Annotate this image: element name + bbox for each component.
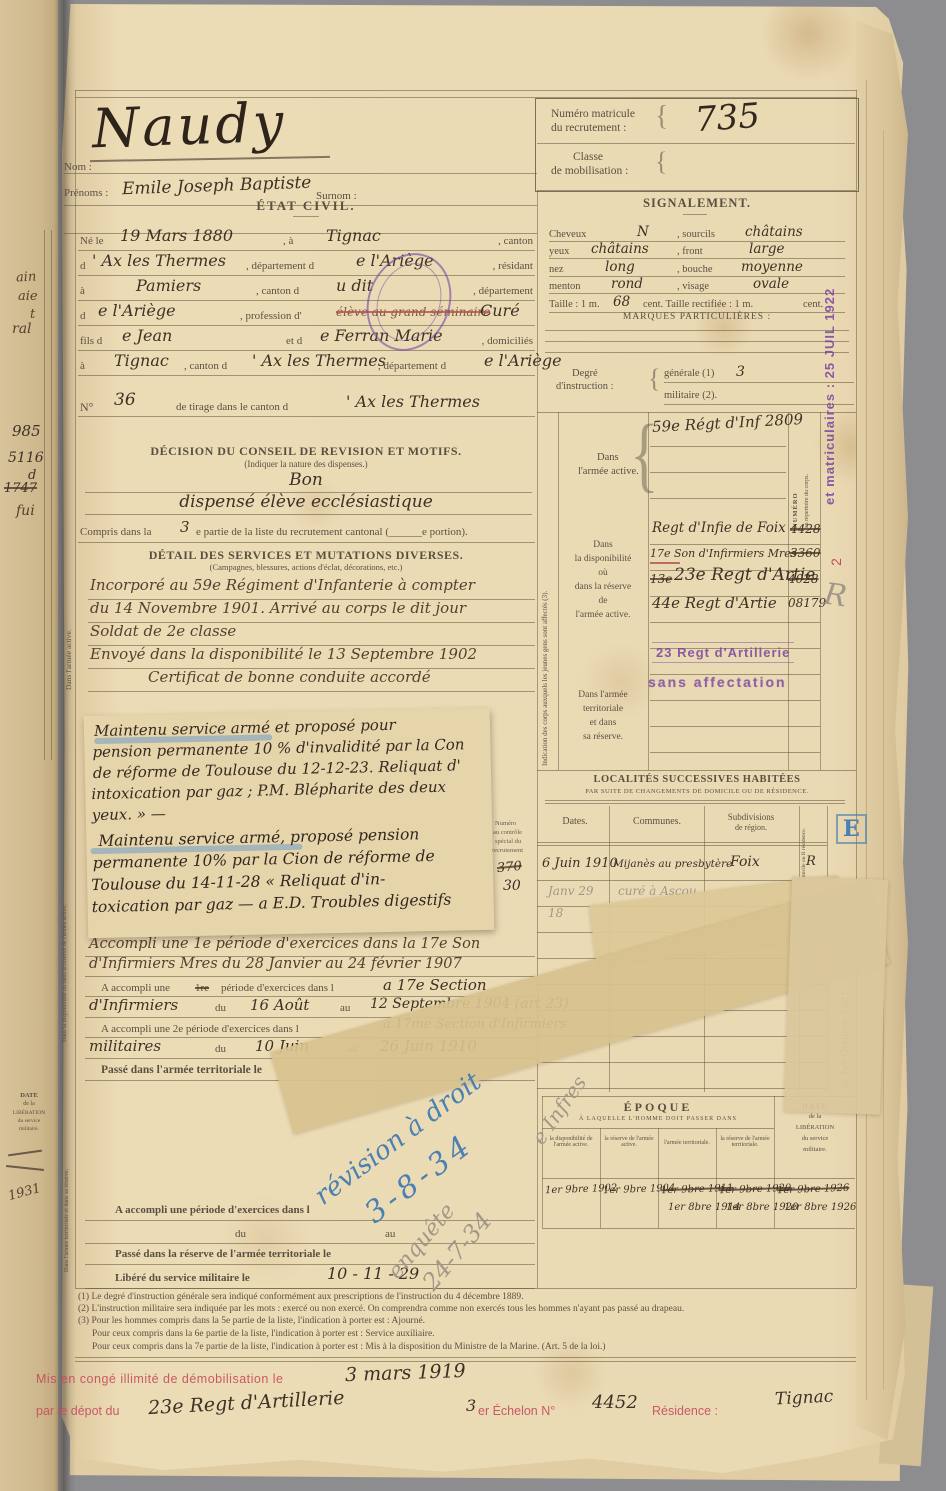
localite-commune: Mijanès au presbytère	[613, 858, 732, 870]
dispo-unit: 17e Son d'Infirmiers Mres	[650, 547, 796, 560]
rule	[650, 752, 820, 753]
localite-extra-pencil: 18	[548, 906, 563, 920]
service-entry: Envoyé dans la disponibilité le 13 Septe…	[88, 645, 535, 669]
dispo-label: de	[558, 596, 648, 606]
print-label: Né le	[80, 235, 104, 247]
note-text: toxication par gaz — a E.D. Troubles dig…	[92, 891, 452, 917]
print-label: , résidant	[493, 260, 533, 272]
demob-residence-label: Résidence :	[652, 1404, 718, 1418]
localites-title: LOCALITÉS SUCCESSIVES HABITÉES	[557, 774, 837, 785]
print-label: période d'exercices dans l	[221, 982, 334, 994]
localite-dr: R	[806, 854, 816, 869]
pasted-medical-note: Maintenu service armé et proposé pour pe…	[84, 708, 495, 938]
note-text: Maintenu service armé, proposé pension	[98, 825, 419, 850]
localite-date: 6 Juin 1910	[542, 856, 618, 871]
rule	[75, 1361, 856, 1362]
controle-number: 30	[503, 878, 521, 894]
birth-place: Tignac	[326, 226, 381, 245]
demob-echelon-label: er Échelon N°	[478, 1404, 555, 1418]
dispo-unit-pre: 13e	[650, 572, 672, 586]
service-text: Certificat de bonne conduite accordé	[148, 668, 431, 686]
demob-residence-value: Tignac	[775, 1386, 834, 1409]
print-label: e partie de la liste du recrutement cant…	[196, 526, 468, 538]
taille-row: Taille : 1 m. 68 cent. Taille rectifiée …	[549, 294, 845, 313]
date-liberation-header: du service	[776, 1135, 854, 1142]
tirage-text: de tirage dans le canton d	[176, 401, 288, 413]
date-liberation-header: militaire.	[776, 1146, 854, 1153]
page-crease	[883, 130, 884, 1390]
surname-label: Nom :	[64, 161, 92, 173]
print-label: , à	[283, 235, 293, 247]
service-entry: Soldat de 2e classe	[88, 622, 535, 646]
print-label: d	[80, 260, 86, 272]
print-label: du	[235, 1228, 246, 1240]
etat-civil-line: à Pamiers , canton d u dit , département	[78, 276, 535, 301]
print-label: d	[80, 310, 86, 322]
sliver-fragment: aie	[18, 289, 38, 304]
services-title: DÉTAIL DES SERVICES ET MUTATIONS DIVERSE…	[75, 548, 537, 563]
rule	[650, 544, 820, 545]
sliver-date-header: DATE	[8, 1092, 50, 1099]
terr-label: et dans	[558, 718, 648, 728]
corps-active-label: Dans	[597, 452, 619, 463]
brace-glyph: {	[655, 101, 668, 133]
parents-departement: e l'Ariège	[484, 351, 562, 370]
print-label: nez	[549, 264, 564, 275]
periode-line: Accompli une 1e période d'exercices dans…	[85, 936, 535, 957]
print-label: , département	[473, 285, 533, 297]
parents-domicile: Tignac	[114, 351, 169, 370]
rule	[537, 845, 827, 846]
demob-stamp-line1: Mis en congé illimité de démobilisation …	[36, 1372, 284, 1386]
rule	[545, 341, 849, 342]
eyes-value: châtains	[591, 241, 649, 257]
print-label: A accompli une	[101, 982, 170, 994]
print-label: du	[215, 1043, 226, 1055]
rule	[650, 622, 820, 623]
tirage-no-label: N°	[80, 400, 93, 415]
periode-unit: d'Infirmiers	[89, 996, 178, 1014]
demob-echelon-number-prefix: 3	[466, 1396, 476, 1415]
signalement-row: menton rond , visage ovale	[549, 276, 845, 294]
liste-part: 3	[180, 518, 190, 536]
decision-mention: Bon	[75, 470, 537, 490]
etat-civil-line: d e l'Ariège , profession d' élève au gr…	[78, 301, 535, 326]
periode-date: 16 Août	[250, 996, 309, 1014]
terr-label: Dans l'armée	[558, 690, 648, 700]
rule	[44, 230, 45, 760]
sidebar-territoriale-label: Dans l'armée territoriale et dans sa rés…	[64, 1092, 78, 1272]
print-label: Cheveux	[549, 229, 586, 240]
sliver-date-header: militaire.	[8, 1126, 50, 1132]
chin-value: rond	[611, 276, 643, 292]
print-label: Libéré du service militaire le	[115, 1272, 250, 1284]
service-text: Incorporé au 59e Régiment d'Infanterie à…	[90, 576, 475, 594]
residence-canton: u dit	[336, 276, 373, 295]
rule	[537, 143, 855, 144]
sliver-date-header: LIBÉRATION	[8, 1110, 50, 1116]
rule	[650, 446, 786, 447]
decision-subtitle: (Indiquer la nature des dispenses.)	[75, 459, 537, 469]
forehead-value: large	[749, 241, 784, 257]
red-underline	[650, 562, 680, 564]
etat-civil-line: Né le 19 Mars 1880 , à Tignac , canton	[78, 226, 535, 251]
print-label: à	[80, 285, 85, 297]
signalement-row: yeux châtains , front large	[549, 241, 845, 259]
epoque-value-corrected: 1er 8bre 1926	[784, 1202, 856, 1213]
tirage-line: N° 36 de tirage dans le canton d ' Ax le…	[78, 390, 535, 417]
sliver-date-header: du service	[8, 1118, 50, 1124]
residence-departement: e l'Ariège	[98, 301, 176, 320]
tirage-number: 36	[114, 390, 136, 410]
rule	[545, 352, 849, 353]
periode-text: d'Infirmiers Mres du 28 Janvier au 24 fé…	[89, 956, 462, 972]
struck-label: 1re	[195, 982, 209, 994]
dispo-label: où	[558, 568, 648, 578]
footnote: (2) L'instruction militaire sera indiqué…	[78, 1304, 684, 1314]
service-text: Envoyé dans la disponibilité le 13 Septe…	[90, 645, 477, 663]
dispo-label: la disponibilité	[558, 554, 648, 564]
rule	[537, 1062, 827, 1063]
sidebar-armee-active-label: Dans l'armée active.	[64, 560, 78, 690]
scanned-military-register-page: ain aie t ral 985 5116 d 1747 fui DATE d…	[0, 0, 946, 1491]
rule	[545, 800, 845, 801]
marques-title: MARQUES PARTICULIÈRES :	[537, 312, 857, 322]
face-value: ovale	[753, 276, 789, 292]
etat-civil-title: ÉTAT CIVIL.	[75, 198, 537, 214]
tirage-canton: ' Ax les Thermes	[346, 392, 480, 411]
eyebrows-value: châtains	[745, 224, 803, 240]
sliver-fragment: fui	[16, 503, 35, 519]
col-communes: Communes.	[612, 816, 702, 827]
print-label: , département d	[246, 260, 314, 272]
controle-number-struck: 370	[496, 859, 522, 876]
controle-header: spécial du	[495, 838, 521, 845]
demob-date: 3 mars 1919	[345, 1360, 466, 1386]
rule	[537, 842, 827, 843]
service-text: du 14 Novembre 1901. Arrivé au corps le …	[90, 599, 466, 617]
decision-compris-line: Compris dans la 3 e partie de la liste d…	[78, 516, 535, 543]
col-subdivisions: de région.	[706, 823, 796, 832]
footnote: Pour ceux compris dans la 6e partie de l…	[92, 1329, 435, 1339]
rule	[75, 1357, 856, 1358]
sliver-date-header: de la	[8, 1101, 50, 1107]
print-label: , domiciliés	[482, 335, 533, 347]
parents-canton: ' Ax les Thermes	[252, 351, 386, 370]
service-entry: Certificat de bonne conduite accordé	[88, 668, 535, 692]
father-name: e Jean	[122, 326, 172, 345]
print-label: Compris dans la	[80, 526, 152, 538]
height-value: 68	[613, 294, 630, 310]
sliver-number: 1747	[4, 481, 37, 496]
rule	[537, 770, 856, 771]
dispo-label: Dans	[558, 540, 648, 550]
localite-date-pencil: Janv 29	[548, 884, 594, 898]
dispo-unit: 44e Regt d'Artie	[652, 594, 777, 612]
matricule-label: du recrutement :	[551, 122, 626, 134]
corps-side-label: Indication des corps auxquels les jeunes…	[541, 446, 557, 766]
dispo-label: dans la réserve	[558, 582, 648, 592]
dispo-unit: Regt d'Infie de Foix	[652, 520, 786, 536]
date-stamp-25-juil-1922: et matriculaires : 25 JUIL 1922	[822, 225, 844, 505]
previous-page-sliver	[0, 0, 58, 1491]
print-label: , sourcils	[677, 229, 715, 240]
footnote: (3) Pour les hommes compris dans la 5e p…	[78, 1316, 425, 1326]
rule	[51, 230, 52, 760]
etat-civil-line: d ' Ax les Thermes , département d e l'A…	[78, 251, 535, 276]
decision-title: DÉCISION DU CONSEIL DE REVISION ET MOTIF…	[75, 444, 537, 459]
residence: Pamiers	[136, 276, 201, 295]
controle-header: au contrôle	[493, 829, 522, 836]
numero-repertoire-label: NUMÉRO	[792, 418, 803, 528]
sliver-number: 5116	[8, 450, 44, 466]
periode-unit: a 17e Section	[383, 976, 487, 994]
rule	[650, 498, 786, 499]
signalement-row: Cheveux N , sourcils châtains	[549, 224, 845, 242]
profession: Curé	[480, 301, 520, 320]
class-label: Classe	[573, 151, 603, 163]
rule	[650, 726, 820, 727]
note-text: intoxication par gaz ; P.M. Blépharite d…	[91, 778, 446, 803]
page-crease	[866, 80, 867, 1400]
print-label: A accompli une période d'exercices dans …	[115, 1204, 310, 1216]
terr-label: sa réserve.	[558, 732, 648, 742]
rule	[650, 472, 786, 473]
print-label: militaire (2).	[664, 390, 717, 401]
rule	[683, 214, 707, 215]
artillery-regiment-stamp: 23 Regt d'Artillerie	[652, 642, 794, 663]
print-label: Taille : 1 m.	[549, 299, 600, 310]
demob-stamp-line2: par le dépot du	[36, 1404, 119, 1418]
hair-value: N	[637, 224, 649, 240]
rule	[85, 514, 532, 515]
terr-label: territoriale	[558, 704, 648, 714]
print-label: Passé dans la réserve de l'armée territo…	[115, 1248, 331, 1260]
sliver-number: 985	[12, 422, 41, 440]
print-label: fils d	[80, 335, 102, 347]
date-liberation-header: de la	[776, 1113, 854, 1120]
service-text: Soldat de 2e classe	[90, 622, 236, 640]
date-liberation-header: LIBÉRATION	[776, 1124, 854, 1131]
periode-unit: militaires	[89, 1037, 161, 1055]
print-label: au	[340, 1002, 350, 1014]
surname-value: Naudy	[91, 91, 287, 161]
epoque-col-header: l'armée territoriale.	[660, 1140, 714, 1146]
dispo-unit-number: 4028	[788, 572, 819, 586]
note-text: Toulouse du 14-11-28 « Reliquat d'in-	[91, 870, 385, 894]
controle-header: recrutement	[492, 847, 523, 854]
demob-echelon-number: 4452	[592, 1392, 638, 1413]
col-subdivisions: Subdivisions	[706, 812, 796, 822]
torn-paper-patch	[784, 876, 888, 1114]
rule	[542, 1228, 855, 1229]
rule	[293, 216, 319, 217]
signalement-row: nez long , bouche moyenne	[549, 259, 845, 277]
periode-line: d'Infirmiers Mres du 28 Janvier au 24 fé…	[85, 956, 535, 977]
rule	[820, 412, 821, 770]
service-entry: Incorporé au 59e Régiment d'Infanterie à…	[88, 576, 535, 600]
nose-value: long	[605, 259, 635, 275]
note-text: yeux. » —	[92, 805, 166, 825]
registration-number: 735	[694, 96, 762, 140]
print-label: cent. Taille rectifiée : 1 m.	[643, 299, 753, 310]
print-label: , visage	[677, 281, 709, 292]
print-label: , front	[677, 246, 703, 257]
print-label: Passé dans l'armée territoriale le	[101, 1064, 262, 1076]
footnote: Pour ceux compris dans la 7e partie de l…	[92, 1342, 606, 1352]
print-label: menton	[549, 281, 581, 292]
signalement-title: SIGNALEMENT.	[537, 196, 857, 211]
instruction-generale-value: 3	[736, 364, 745, 380]
service-entry: du 14 Novembre 1901. Arrivé au corps le …	[88, 599, 535, 623]
birth-date: 19 Mars 1880	[120, 226, 233, 245]
note-text: Maintenu service armé et proposé pour	[94, 716, 396, 740]
print-label: et d	[286, 335, 302, 347]
print-label: à	[80, 360, 85, 372]
dispo-label: l'armée active.	[558, 610, 648, 620]
print-label: , canton d	[256, 285, 299, 297]
print-label: cent.	[803, 299, 823, 310]
print-label: A accompli une 2e période d'exercices da…	[101, 1023, 299, 1035]
print-label: , département d	[378, 360, 446, 372]
print-label: générale (1)	[664, 368, 714, 379]
print-label: , profession d'	[240, 310, 302, 322]
sidebar-disponibilite-label: Dans la disponibilité ou dans la réserve…	[62, 812, 78, 1042]
etat-civil-line: à Tignac , canton d ' Ax les Thermes , d…	[78, 351, 535, 376]
rule	[537, 412, 856, 413]
birth-canton: ' Ax les Thermes	[92, 251, 226, 270]
mouth-value: moyenne	[741, 259, 803, 275]
periode-text: Accompli une 1e période d'exercices dans…	[89, 936, 480, 952]
sliver-fragment: ral	[12, 321, 32, 337]
matricule-label: Numéro matricule	[551, 108, 635, 120]
instruction-label: Degré	[572, 368, 598, 379]
class-label: de mobilisation :	[551, 165, 628, 177]
rule	[545, 803, 845, 804]
numero-repertoire-label: au répertoire du corps.	[804, 418, 815, 528]
rule	[650, 700, 820, 701]
brace-glyph: {	[648, 364, 660, 394]
rule	[788, 412, 789, 770]
sans-affectation-stamp: sans affectation	[648, 674, 787, 690]
epoque-col-header: la réserve de l'armée territoriale.	[718, 1136, 772, 1148]
brace-glyph: {	[655, 147, 667, 177]
decision-motif: dispensé élève ecclésiastique	[75, 492, 537, 512]
dispo-unit-number: 4428	[790, 522, 821, 536]
instruction-label: d'instruction :	[556, 381, 614, 392]
print-label: , bouche	[677, 264, 713, 275]
print-label: , canton	[498, 235, 533, 247]
etat-civil-line: fils d e Jean et d e Ferran Marie , domi…	[78, 326, 535, 351]
localites-subtitle: PAR SUITE DE CHANGEMENTS DE DOMICILE OU …	[557, 788, 837, 795]
rule	[542, 1178, 855, 1179]
controle-header: Numéro	[495, 820, 516, 827]
dispo-unit-number: 08179	[788, 596, 826, 610]
localite-subdivision: Foix	[730, 854, 760, 870]
epoque-col-header: la réserve de l'armée active.	[602, 1136, 656, 1148]
dispo-unit-number: 3360	[790, 546, 821, 560]
sliver-fragment: t	[30, 307, 35, 322]
print-label: yeux	[549, 246, 569, 257]
services-subtitle: (Campagnes, blessures, actions d'éclat, …	[75, 562, 537, 572]
col-dates: Dates.	[545, 816, 605, 827]
print-label: du	[215, 1002, 226, 1014]
sliver-fragment: ain	[16, 269, 37, 285]
periode-line: A accompli une 1re période d'exercices d…	[85, 976, 535, 997]
corps-active-label: l'armée active.	[578, 466, 639, 477]
rule	[75, 90, 857, 91]
print-label: , canton d	[184, 360, 227, 372]
rule	[545, 330, 849, 331]
